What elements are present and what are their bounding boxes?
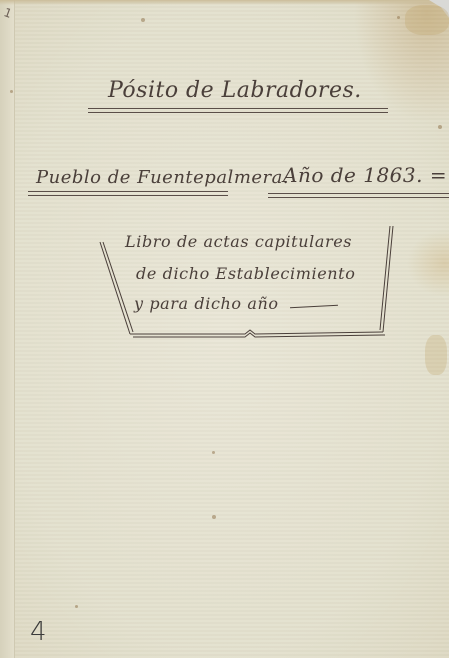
- header-title: Pósito de Labradores.: [108, 78, 362, 103]
- ink-spot: [141, 18, 145, 22]
- ink-spot: [10, 90, 13, 93]
- year-underline: [268, 193, 449, 198]
- pueblo-line: Pueblo de Fuentepalmera.: [36, 167, 289, 188]
- title-underline: [88, 108, 388, 113]
- binding-edge: [0, 0, 15, 658]
- ink-spot: [212, 451, 215, 454]
- page-number: 4: [30, 617, 47, 647]
- manuscript-page: 1 Pósito de Labradores. Pueblo de Fuente…: [0, 0, 449, 658]
- ink-spot: [212, 515, 216, 519]
- pueblo-underline: [28, 191, 228, 196]
- boxed-text-line-3: y para dicho año: [134, 294, 279, 313]
- top-edge: [0, 0, 449, 5]
- corner-stain: [405, 5, 449, 35]
- boxed-text-line-1: Libro de actas capitulares: [125, 232, 352, 251]
- water-stain: [425, 335, 447, 375]
- ink-spot: [397, 16, 400, 19]
- year-line: Año de 1863. =: [283, 163, 447, 187]
- boxed-text-line-2: de dicho Establecimiento: [136, 264, 355, 283]
- ink-spot: [438, 125, 442, 129]
- ink-spot: [75, 605, 78, 608]
